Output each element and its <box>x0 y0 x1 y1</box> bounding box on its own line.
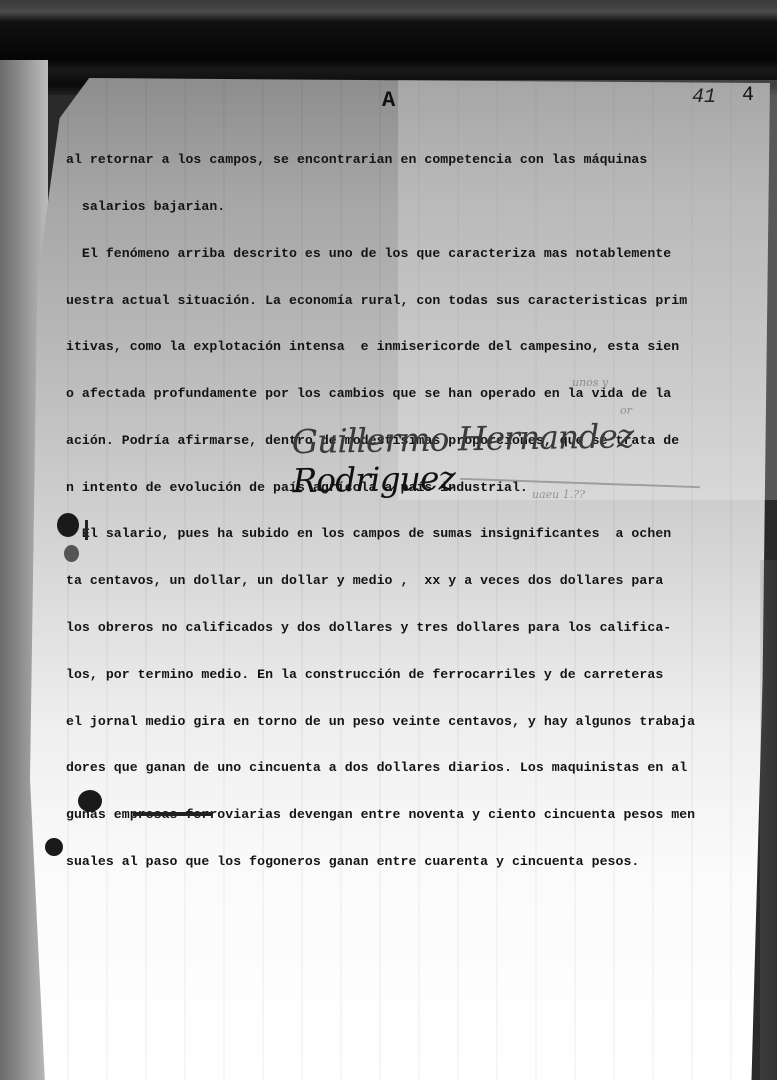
ink-blot <box>45 838 63 856</box>
text-line: ta centavos, un dollar, un dollar y medi… <box>66 573 776 589</box>
ink-blot <box>57 513 79 537</box>
text-line: El fenómeno arriba descrito es uno de lo… <box>66 246 776 262</box>
text-line: itivas, como la explotación intensa e in… <box>66 339 776 355</box>
ink-stroke <box>85 520 88 540</box>
text-line: salarios bajarian. <box>66 199 776 215</box>
faint-handwritten-note: or <box>620 404 632 417</box>
paper-right-edge-shadow <box>760 560 777 1080</box>
text-line: el jornal medio gira en torno de un peso… <box>66 714 776 730</box>
text-line: suales al paso que los fogoneros ganan e… <box>66 854 776 870</box>
text-line: dores que ganan de uno cincuenta a dos d… <box>66 760 776 776</box>
faint-handwritten-note: uaeu 1.?? <box>532 488 585 501</box>
signature-middle-name: Hernandez <box>458 416 634 458</box>
signature-first-name: Guillermo <box>291 420 448 462</box>
text-line: al retornar a los campos, se encontraria… <box>66 152 776 168</box>
faint-handwritten-note: unos y <box>572 376 608 389</box>
ink-blot <box>64 545 79 562</box>
text-line: los obreros no calificados y dos dollare… <box>66 620 776 636</box>
signature-last-name: Rodriguez <box>292 458 455 500</box>
ink-stroke <box>133 812 213 816</box>
text-line: o afectada profundamente por los cambios… <box>66 386 776 402</box>
page-number-suffix: 4 <box>742 84 754 107</box>
top-center-mark: A <box>382 88 395 113</box>
ink-blot <box>78 790 102 812</box>
page-number: 41 <box>692 86 716 109</box>
text-line: El salario, pues ha subido en los campos… <box>66 526 776 542</box>
typewritten-body: al retornar a los campos, se encontraria… <box>66 121 776 885</box>
text-line: uestra actual situación. La economía rur… <box>66 293 776 309</box>
text-line: los, por termino medio. En la construcci… <box>66 667 776 683</box>
